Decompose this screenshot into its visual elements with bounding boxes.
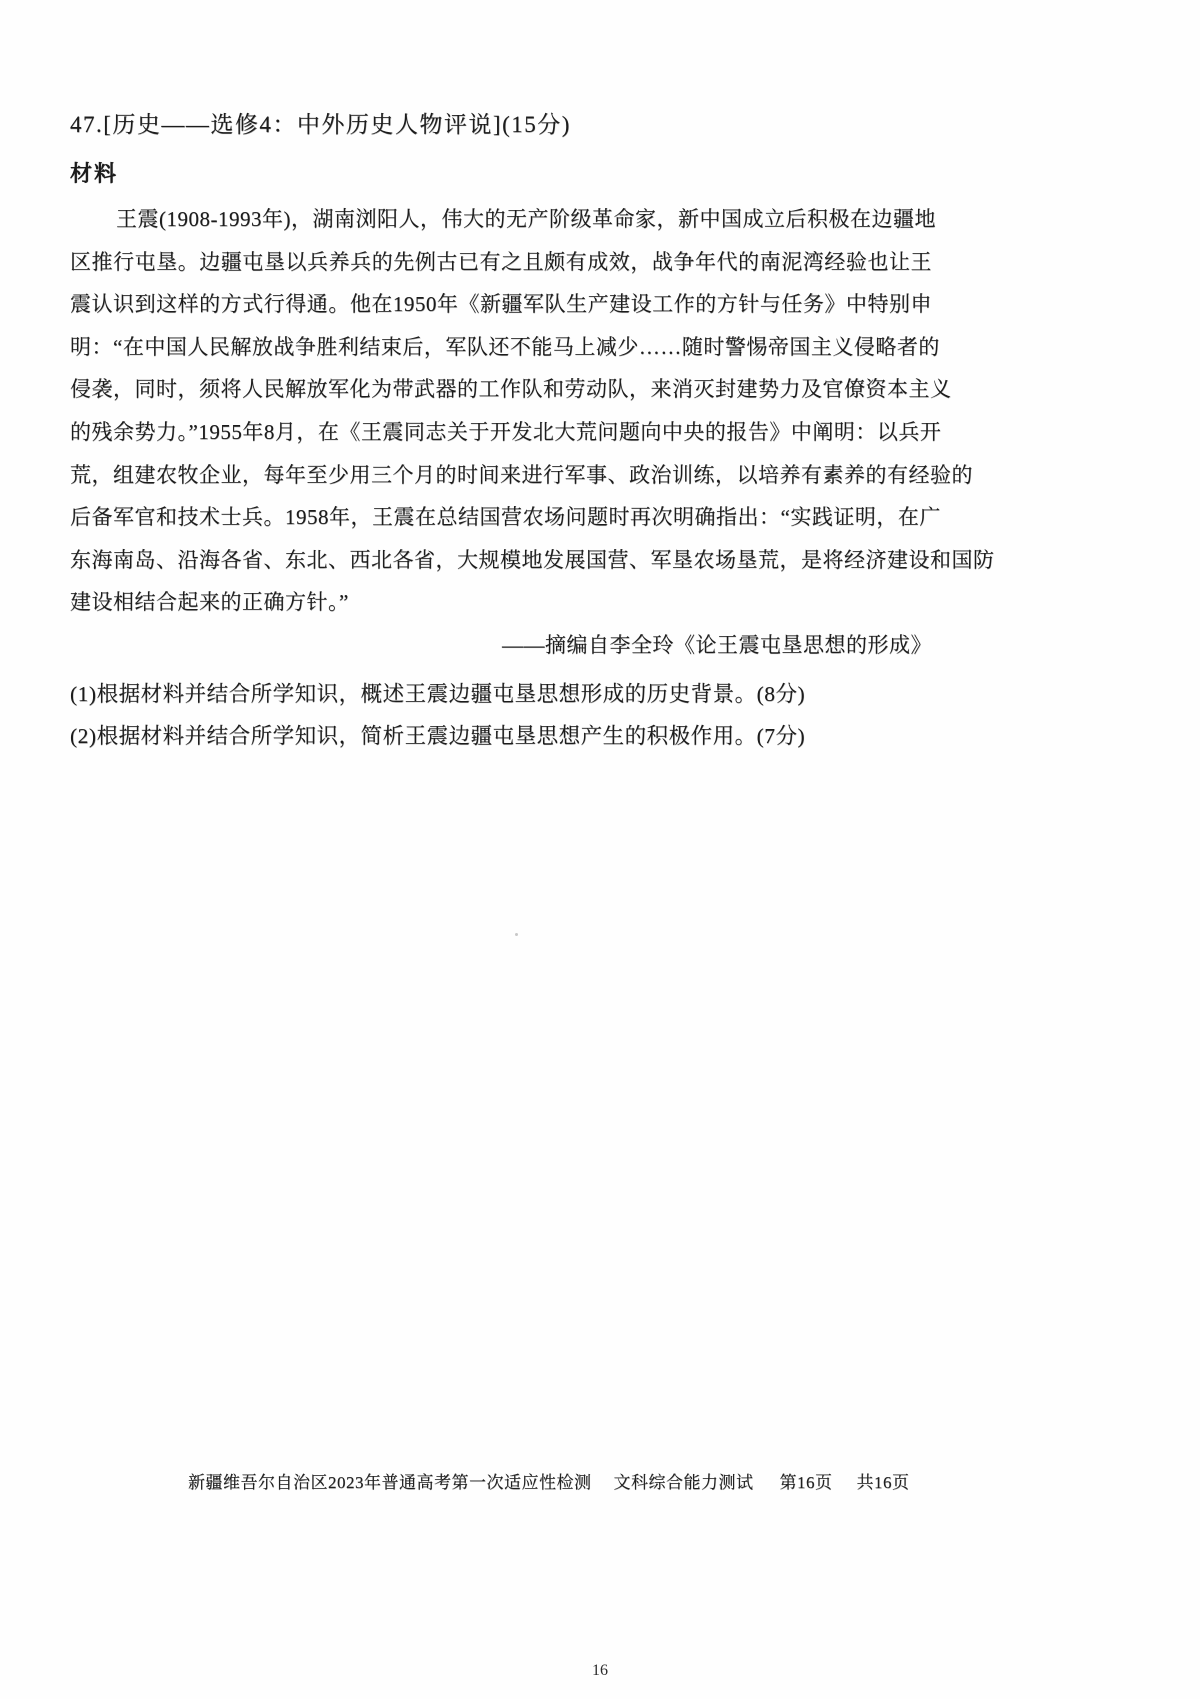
material-line: 建设相结合起来的正确方针。” (70, 581, 932, 624)
material-line: 荒，组建农牧企业，每年至少用三个月的时间来进行军事、政治训练，以培养有素养的有经… (70, 454, 932, 497)
material-paragraph: 王震(1908-1993年)，湖南浏阳人，伟大的无产阶级革命家，新中国成立后积极… (70, 198, 932, 624)
material-line: 震认识到这样的方式行得通。他在1950年《新疆军队生产建设工作的方针与任务》中特… (70, 283, 932, 326)
material-line: 明：“在中国人民解放战争胜利结束后，军队还不能马上减少……随时警惕帝国主义侵略者… (70, 326, 932, 369)
question-block: 47.[历史——选修4：中外历史人物评说](15分) 材料 王震(1908-19… (70, 106, 932, 758)
material-line: 侵袭，同时，须将人民解放军化为带武器的工作队和劳动队，来消灭封建势力及官僚资本主… (70, 368, 932, 411)
sub-question-2: (2)根据材料并结合所学知识，简析王震边疆屯垦思想产生的积极作用。(7分) (70, 715, 932, 758)
material-line: 后备军官和技术士兵。1958年，王震在总结国营农场问题时再次明确指出：“实践证明… (70, 496, 932, 539)
sub-question-1: (1)根据材料并结合所学知识，概述王震边疆屯垦思想形成的历史背景。(8分) (70, 673, 932, 716)
material-line: 王震(1908-1993年)，湖南浏阳人，伟大的无产阶级革命家，新中国成立后积极… (70, 198, 932, 241)
material-label: 材料 (70, 157, 932, 188)
page-footer: 新疆维吾尔自治区2023年普通高考第一次适应性检测文科综合能力测试第16页共16… (188, 1468, 910, 1493)
material-line: 区推行屯垦。边疆屯垦以兵养兵的先例古已有之且颇有成效，战争年代的南泥湾经验也让王 (70, 241, 932, 284)
footer-total-label: 共16页 (857, 1473, 910, 1492)
footer-exam-name: 新疆维吾尔自治区2023年普通高考第一次适应性检测 (188, 1473, 592, 1492)
material-line: 的残余势力。”1955年8月，在《王震同志关于开发北大荒问题向中央的报告》中阐明… (70, 411, 932, 454)
scan-speck (515, 933, 518, 936)
exam-page: 47.[历史——选修4：中外历史人物评说](15分) 材料 王震(1908-19… (0, 0, 1200, 1699)
question-heading: 47.[历史——选修4：中外历史人物评说](15分) (70, 106, 932, 139)
page-number: 16 (0, 1662, 1200, 1680)
footer-subject: 文科综合能力测试 (614, 1473, 754, 1492)
source-attribution: ——摘编自李全玲《论王震屯垦思想的形成》 (70, 624, 932, 667)
footer-page-label: 第16页 (780, 1473, 833, 1492)
material-line: 东海南岛、沿海各省、东北、西北各省，大规模地发展国营、军垦农场垦荒，是将经济建设… (70, 539, 932, 582)
